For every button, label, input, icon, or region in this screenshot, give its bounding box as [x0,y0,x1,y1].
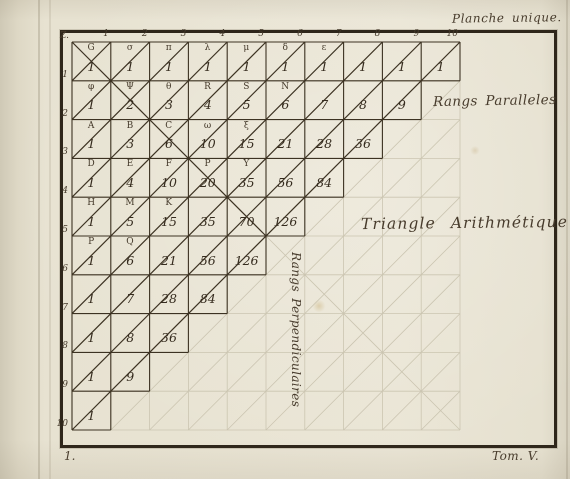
triangle-cell: σ1 [111,42,150,81]
cell-letter: S [227,82,266,92]
cell-letter: H [72,198,111,208]
cell-value: 6 [150,136,189,151]
cell-value: 10 [188,136,227,151]
cell-value: 8 [111,330,150,345]
triangle-cell: φ1 [72,81,111,120]
triangle-cell: 56 [266,158,305,197]
cell-letter: M [111,198,150,208]
triangle-cell: 1 [72,275,111,314]
cell-value: 20 [188,175,227,190]
cell-letter: θ [150,82,189,92]
triangle-cell: 70 [227,197,266,236]
cell-letter: π [150,43,189,53]
cell-letter: ω [188,121,227,131]
corner-label: Z. [60,31,69,41]
cell-letter: P [72,237,111,247]
triangle-cell: R4 [188,81,227,120]
cell-letter: φ [72,82,111,92]
triangle-cell: Q6 [111,236,150,275]
cell-value: 21 [266,136,305,151]
row-number: 2 [54,109,68,119]
cell-value: 126 [266,214,305,229]
column-number: 3 [172,29,186,39]
cell-letter: B [111,121,150,131]
triangle-cell: B3 [111,120,150,159]
row-number: 6 [54,264,68,274]
cell-letter: A [72,121,111,131]
triangle-cell: 126 [266,197,305,236]
cell-value: 70 [227,214,266,229]
triangle-cell: 7 [305,81,344,120]
triangle-cell: Y35 [227,158,266,197]
triangle-cell: ω10 [188,120,227,159]
cell-letter: ε [305,43,344,53]
cell-value: 1 [150,59,189,74]
cell-value: 9 [111,369,150,384]
cell-value: 10 [150,175,189,190]
engraving-plate-page: Planche unique. Z. 12345678910 123456789… [0,0,570,479]
cell-value: 7 [305,97,344,112]
label-triangle-arithmetique: Triangle Arithmétique [361,213,568,233]
label-rangs-perpendiculaires: Rangs Perpendiculaires [289,252,303,394]
cell-value: 1 [188,59,227,74]
cell-value: 36 [344,136,383,151]
triangle-cell: 1 [344,42,383,81]
cell-value: 1 [266,59,305,74]
triangle-cell: 8 [344,81,383,120]
column-number: 5 [250,29,264,39]
triangle-cell: θ3 [150,81,189,120]
row-number: 3 [54,147,68,157]
cell-letter: C [150,121,189,131]
cell-letter: σ [111,43,150,53]
cell-value: 84 [188,291,227,306]
row-number: 4 [54,186,68,196]
cell-value: 1 [344,59,383,74]
triangle-cell: 9 [111,352,150,391]
cell-letter: μ [227,43,266,53]
volume-label: Tom. V. [492,449,539,463]
triangle-cell: 1 [72,391,111,430]
cell-value: 1 [72,136,111,151]
triangle-cell: 36 [150,314,189,353]
column-number: 4 [211,29,225,39]
triangle-cell: 9 [382,81,421,120]
cell-value: 8 [344,97,383,112]
cell-value: 84 [305,175,344,190]
cell-value: 3 [111,136,150,151]
triangle-cell: Ψ2 [111,81,150,120]
row-number: 5 [54,225,68,235]
column-number: 2 [134,29,148,39]
cell-letter: E [111,159,150,169]
row-number: 10 [54,419,68,429]
triangle-cell: 126 [227,236,266,275]
cell-letter: ξ [227,121,266,131]
triangle-cell: C6 [150,120,189,159]
cell-value: 1 [421,59,460,74]
cell-value: 1 [72,291,111,306]
triangle-cell: D1 [72,158,111,197]
cell-value: 7 [111,291,150,306]
triangle-cell: E4 [111,158,150,197]
column-number: 9 [405,29,419,39]
cell-letter: G [72,43,111,53]
triangle-cell: P20 [188,158,227,197]
triangle-cell: 21 [266,120,305,159]
cell-value: 1 [305,59,344,74]
cell-letter: K [150,198,189,208]
triangle-cell: K15 [150,197,189,236]
triangle-cell: 1 [72,314,111,353]
column-number: 10 [444,29,458,39]
cell-letter: P [188,159,227,169]
column-number: 6 [289,29,303,39]
cell-letter: F [150,159,189,169]
cell-letter: N [266,82,305,92]
row-number: 7 [54,303,68,313]
triangle-cell: F10 [150,158,189,197]
triangle-cell: 84 [188,275,227,314]
row-number: 8 [54,341,68,351]
cell-value: 1 [72,408,111,423]
cell-value: 1 [382,59,421,74]
column-number: 7 [328,29,342,39]
row-number: 1 [54,70,68,80]
triangle-cell: 1 [382,42,421,81]
cell-value: 4 [188,97,227,112]
cell-letter: λ [188,43,227,53]
cell-letter: δ [266,43,305,53]
triangle-cell: M5 [111,197,150,236]
cell-value: 126 [227,253,266,268]
triangle-cell: 28 [305,120,344,159]
triangle-cell: δ1 [266,42,305,81]
cell-value: 1 [72,253,111,268]
triangle-cell: ε1 [305,42,344,81]
cell-value: 6 [111,253,150,268]
triangle-cell: 1 [72,352,111,391]
triangle-cell: λ1 [188,42,227,81]
cell-value: 1 [72,214,111,229]
cell-value: 9 [382,97,421,112]
column-number: 8 [366,29,380,39]
cell-value: 1 [72,175,111,190]
triangle-cell: 35 [188,197,227,236]
triangle-cell: 28 [150,275,189,314]
triangle-cell: μ1 [227,42,266,81]
triangle-cell: 84 [305,158,344,197]
cell-value: 21 [150,253,189,268]
triangle-cell: A1 [72,120,111,159]
cell-letter: Ψ [111,82,150,92]
triangle-cell: 1 [421,42,460,81]
cell-value: 56 [188,253,227,268]
triangle-cell: ξ15 [227,120,266,159]
row-number: 9 [54,380,68,390]
triangle-cell: 7 [111,275,150,314]
triangle-cell: P1 [72,236,111,275]
cell-value: 28 [150,291,189,306]
label-rangs-paralleles: Rangs Paralleles [433,92,557,110]
cell-value: 1 [72,369,111,384]
triangle-cell: 8 [111,314,150,353]
cell-value: 1 [72,330,111,345]
cell-value: 15 [227,136,266,151]
cell-letter: Y [227,159,266,169]
cell-value: 1 [111,59,150,74]
column-number: 1 [95,29,109,39]
cell-value: 15 [150,214,189,229]
triangle-cell: N6 [266,81,305,120]
cell-value: 36 [150,330,189,345]
cell-value: 1 [227,59,266,74]
cell-value: 1 [72,59,111,74]
cell-value: 3 [150,97,189,112]
triangle-cell: H1 [72,197,111,236]
cell-value: 56 [266,175,305,190]
cell-value: 35 [227,175,266,190]
cell-value: 2 [111,97,150,112]
cell-value: 4 [111,175,150,190]
cell-value: 28 [305,136,344,151]
triangle-cell: 56 [188,236,227,275]
cell-value: 5 [227,97,266,112]
page-number: 1. [64,449,75,463]
cell-value: 1 [72,97,111,112]
cell-letter: R [188,82,227,92]
cell-value: 6 [266,97,305,112]
triangle-cell: 36 [344,120,383,159]
triangle-cell: G1 [72,42,111,81]
cell-letter: Q [111,237,150,247]
triangle-cell: S5 [227,81,266,120]
cell-value: 5 [111,214,150,229]
cell-letter: D [72,159,111,169]
cell-value: 35 [188,214,227,229]
triangle-cell: 21 [150,236,189,275]
triangle-cell: π1 [150,42,189,81]
